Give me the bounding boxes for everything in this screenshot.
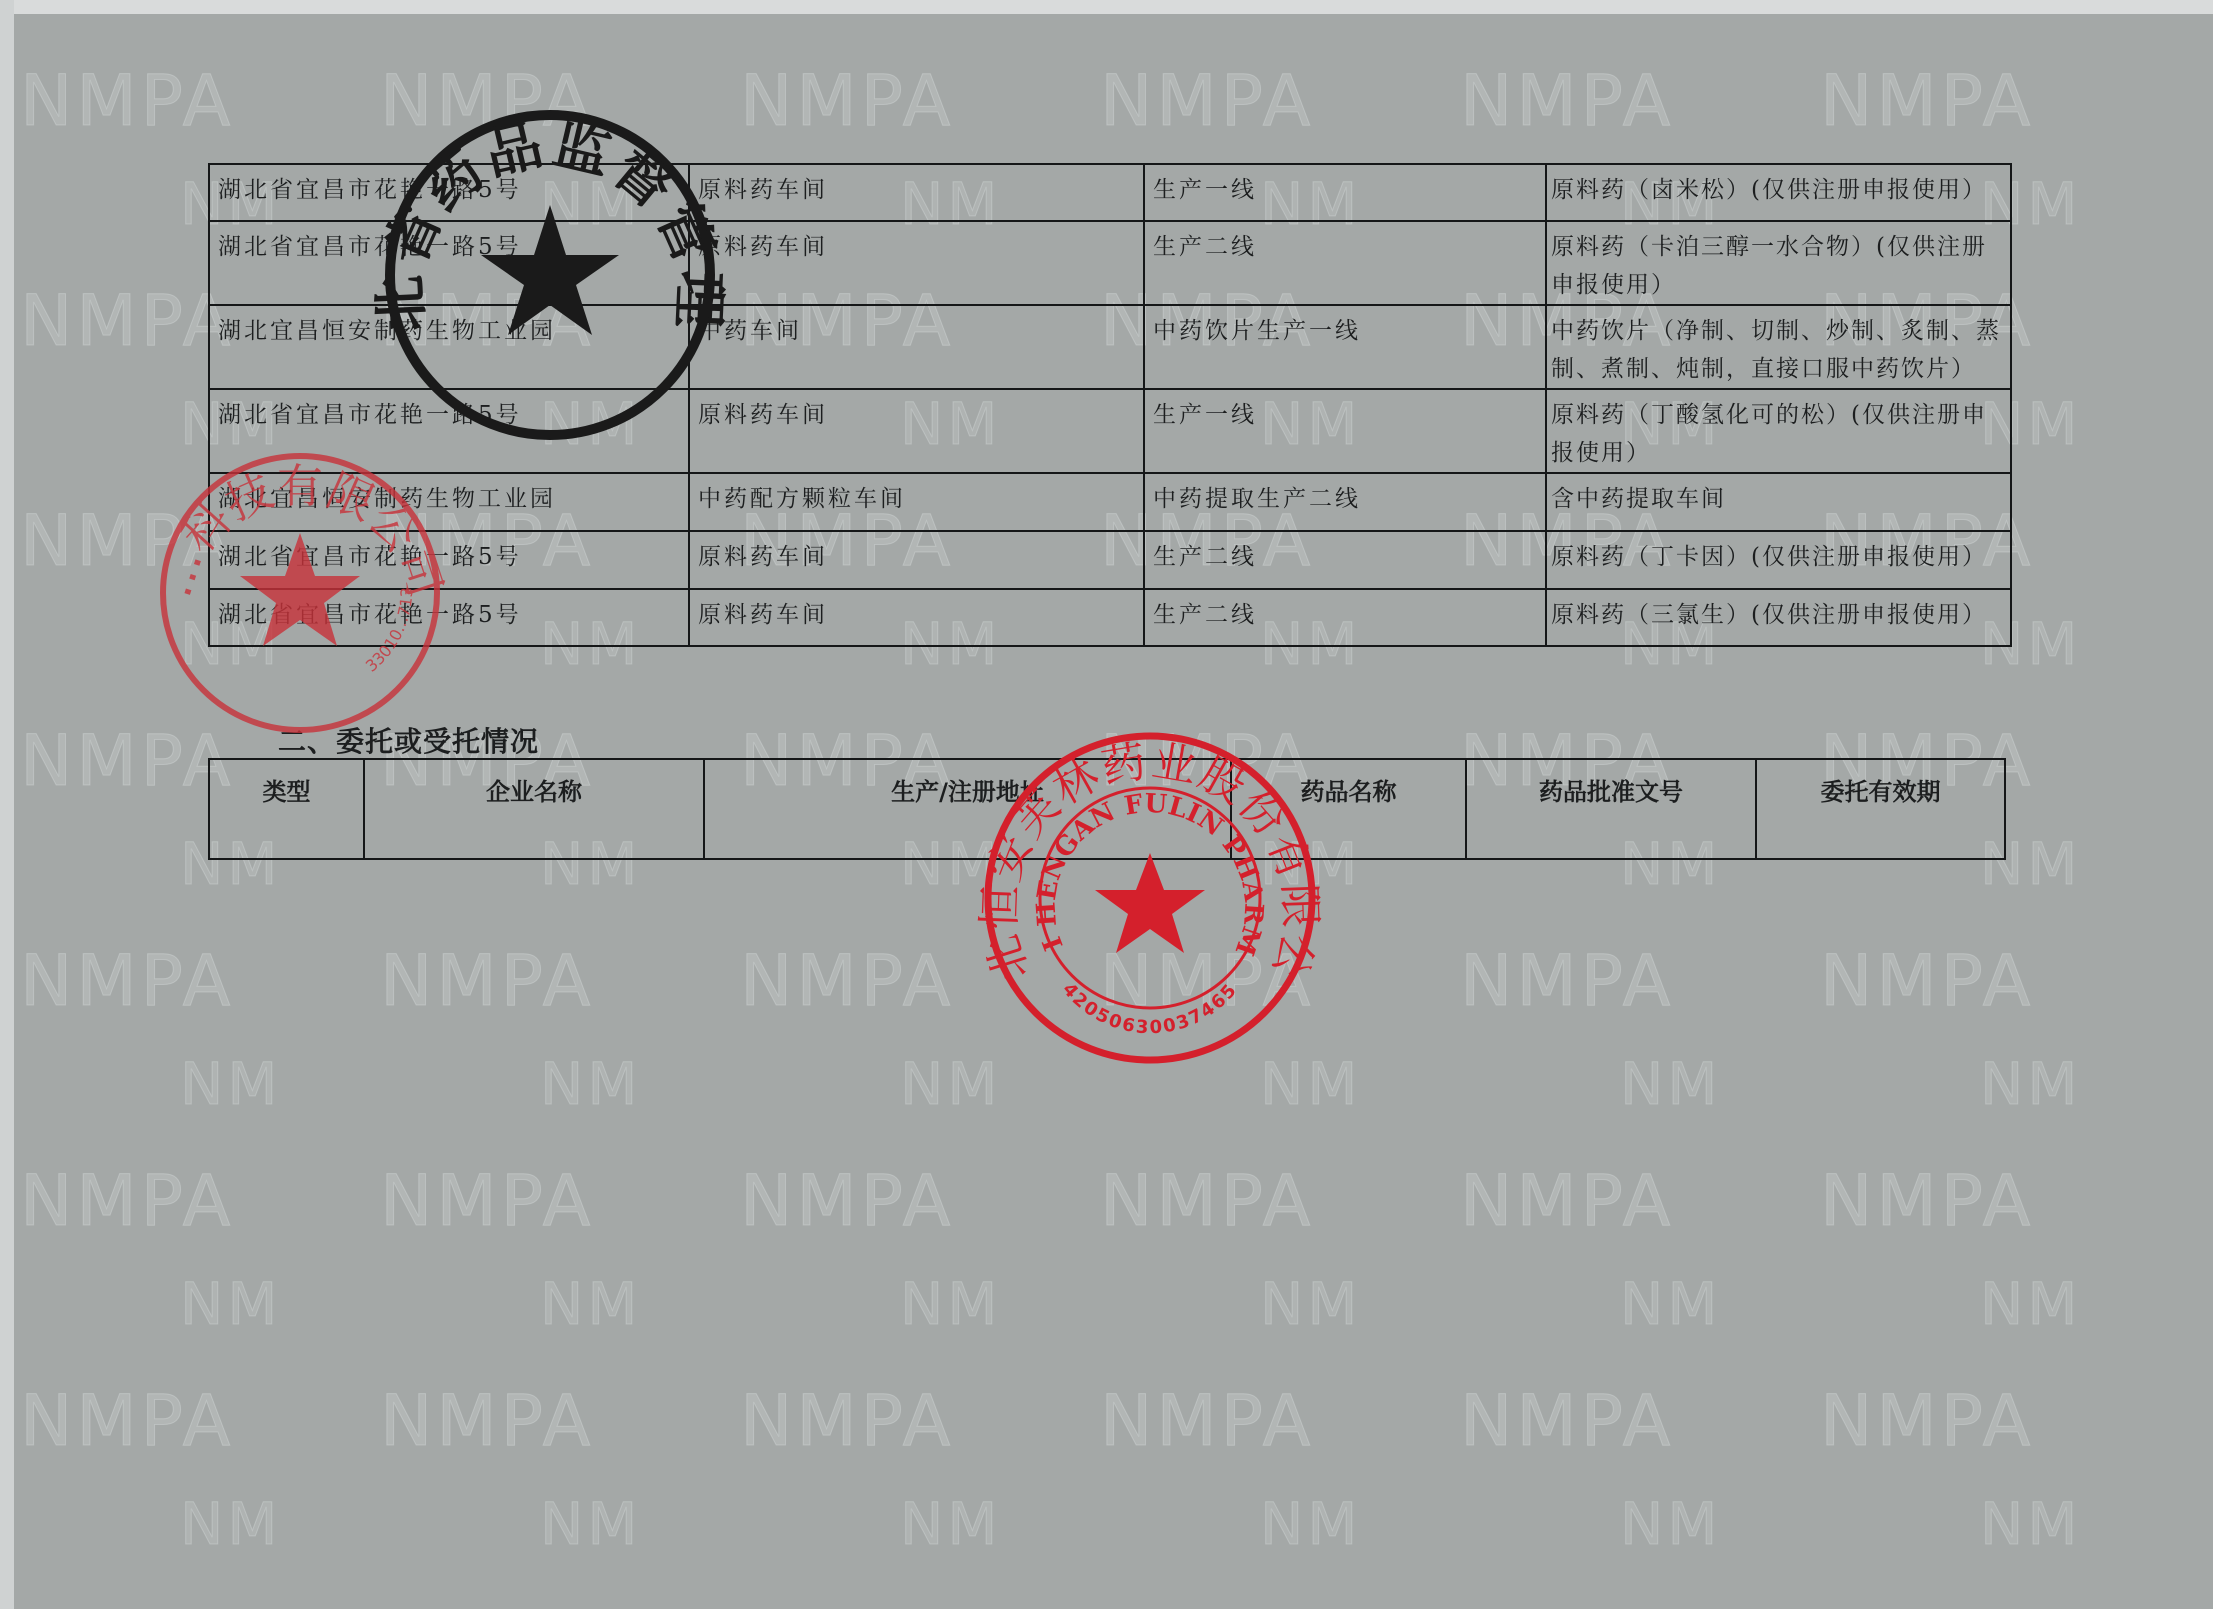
watermark-text: NM [540,1270,641,1338]
table-row: 湖北省宜昌市花艳一路5号原料药车间生产二线原料药（三氯生）(仅供注册申报使用） [209,589,2011,646]
svg-text:42050630037465: 42050630037465 [1058,979,1242,1038]
scope-cell: 原料药（丁卡因）(仅供注册申报使用） [1546,531,2011,589]
address-cell: 湖北宜昌恒安制药生物工业园 [209,473,689,531]
line-cell: 生产二线 [1144,531,1546,589]
watermark-text: NM [1620,1050,1721,1118]
watermark-text: NMPA [1820,940,2034,1022]
scope-cell: 含中药提取车间 [1546,473,2011,531]
watermark-text: NM [1980,1270,2081,1338]
watermark-text: NM [180,1050,281,1118]
workshop-cell: 原料药车间 [689,389,1144,473]
column-header: 生产/注册地址 [704,759,1231,859]
watermark-text: NM [1980,1490,2081,1558]
line-cell: 生产一线 [1144,389,1546,473]
star-icon [1095,853,1205,953]
scope-cell: 原料药（卤米松）(仅供注册申报使用） [1546,164,2011,221]
watermark-text: NMPA [20,500,234,582]
watermark-text: NM [1620,1270,1721,1338]
line-cell: 生产二线 [1144,221,1546,305]
watermark-text: NMPA [380,940,594,1022]
watermark-text: NM [1980,1050,2081,1118]
watermark-text: NMPA [20,720,234,802]
watermark-text: NMPA [1460,940,1674,1022]
workshop-cell: 中药配方颗粒车间 [689,473,1144,531]
watermark-text: NMPA [1820,1160,2034,1242]
address-cell: 湖北省宜昌市花艳一路5号 [209,389,689,473]
line-cell: 中药饮片生产一线 [1144,305,1546,389]
workshop-cell: 原料药车间 [689,589,1144,646]
watermark-text: NM [900,1490,1001,1558]
address-cell: 湖北省宜昌市花艳一路5号 [209,221,689,305]
table-row: 湖北省宜昌市花艳一路5号原料药车间生产二线原料药（丁卡因）(仅供注册申报使用） [209,531,2011,589]
watermark-text: NMPA [1100,940,1314,1022]
table-row: 湖北宜昌恒安制药生物工业园中药车间中药饮片生产一线中药饮片（净制、切制、炒制、炙… [209,305,2011,389]
watermark-text: NMPA [740,1380,954,1462]
scope-cell: 中药饮片（净制、切制、炒制、炙制、蒸制、煮制、炖制，直接口服中药饮片） [1546,305,2011,389]
watermark-text: NM [540,1050,641,1118]
watermark-text: NM [1260,1050,1361,1118]
column-header: 委托有效期 [1756,759,2005,859]
column-header: 药品名称 [1231,759,1466,859]
workshop-cell: 中药车间 [689,305,1144,389]
address-cell: 湖北省宜昌市花艳一路5号 [209,589,689,646]
watermark-text: NMPA [740,940,954,1022]
watermark-text: NMPA [20,60,234,142]
workshop-cell: 原料药车间 [689,531,1144,589]
watermark-text: NMPA [1100,1380,1314,1462]
scope-cell: 原料药（三氯生）(仅供注册申报使用） [1546,589,2011,646]
watermark-text: NMPA [20,940,234,1022]
section-title-entrust: 二、委托或受托情况 [278,720,539,760]
scan-top-edge [0,0,2213,14]
watermark-text: NM [900,1270,1001,1338]
workshop-cell: 原料药车间 [689,164,1144,221]
watermark-text: NM [1260,1270,1361,1338]
watermark-text: NMPA [380,60,594,142]
table-row: 湖北宜昌恒安制药生物工业园中药配方颗粒车间中药提取生产二线含中药提取车间 [209,473,2011,531]
watermark-text: NM [180,1270,281,1338]
scope-cell: 原料药（丁酸氢化可的松）(仅供注册申报使用） [1546,389,2011,473]
line-cell: 生产一线 [1144,164,1546,221]
watermark-text: NMPA [380,1380,594,1462]
watermark-text: NM [180,1490,281,1558]
column-header: 企业名称 [364,759,704,859]
watermark-text: NM [540,1490,641,1558]
table-row: 湖北省宜昌市花艳一路5号原料药车间生产一线原料药（卤米松）(仅供注册申报使用） [209,164,2011,221]
watermark-text: NM [900,1050,1001,1118]
table-row: 湖北省宜昌市花艳一路5号原料药车间生产二线原料药（卡泊三醇一水合物）(仅供注册申… [209,221,2011,305]
column-header: 药品批准文号 [1466,759,1756,859]
line-cell: 中药提取生产二线 [1144,473,1546,531]
address-cell: 湖北宜昌恒安制药生物工业园 [209,305,689,389]
watermark-text: NMPA [20,1160,234,1242]
address-cell: 湖北省宜昌市花艳一路5号 [209,531,689,589]
watermark-text: NMPA [380,1160,594,1242]
watermark-text: NMPA [20,280,234,362]
production-lines-table: 湖北省宜昌市花艳一路5号原料药车间生产一线原料药（卤米松）(仅供注册申报使用）湖… [208,163,2012,647]
scope-cell: 原料药（卡泊三醇一水合物）(仅供注册申报使用） [1546,221,2011,305]
watermark-text: NMPA [1820,1380,2034,1462]
watermark-text: NMPA [1100,60,1314,142]
watermark-text: NMPA [740,1160,954,1242]
watermark-text: NMPA [1460,1380,1674,1462]
column-header: 类型 [209,759,364,859]
watermark-text: NMPA [1460,1160,1674,1242]
entrust-table: 类型企业名称生产/注册地址药品名称药品批准文号委托有效期 [208,758,2006,860]
watermark-text: NMPA [1820,60,2034,142]
watermark-text: NMPA [740,60,954,142]
watermark-text: NMPA [1100,1160,1314,1242]
watermark-text: NM [1620,1490,1721,1558]
address-cell: 湖北省宜昌市花艳一路5号 [209,164,689,221]
line-cell: 生产二线 [1144,589,1546,646]
scan-left-edge [0,0,14,1609]
table-row: 湖北省宜昌市花艳一路5号原料药车间生产一线原料药（丁酸氢化可的松）(仅供注册申报… [209,389,2011,473]
watermark-text: NMPA [20,1380,234,1462]
workshop-cell: 原料药车间 [689,221,1144,305]
watermark-text: NMPA [1460,60,1674,142]
watermark-text: NM [1260,1490,1361,1558]
